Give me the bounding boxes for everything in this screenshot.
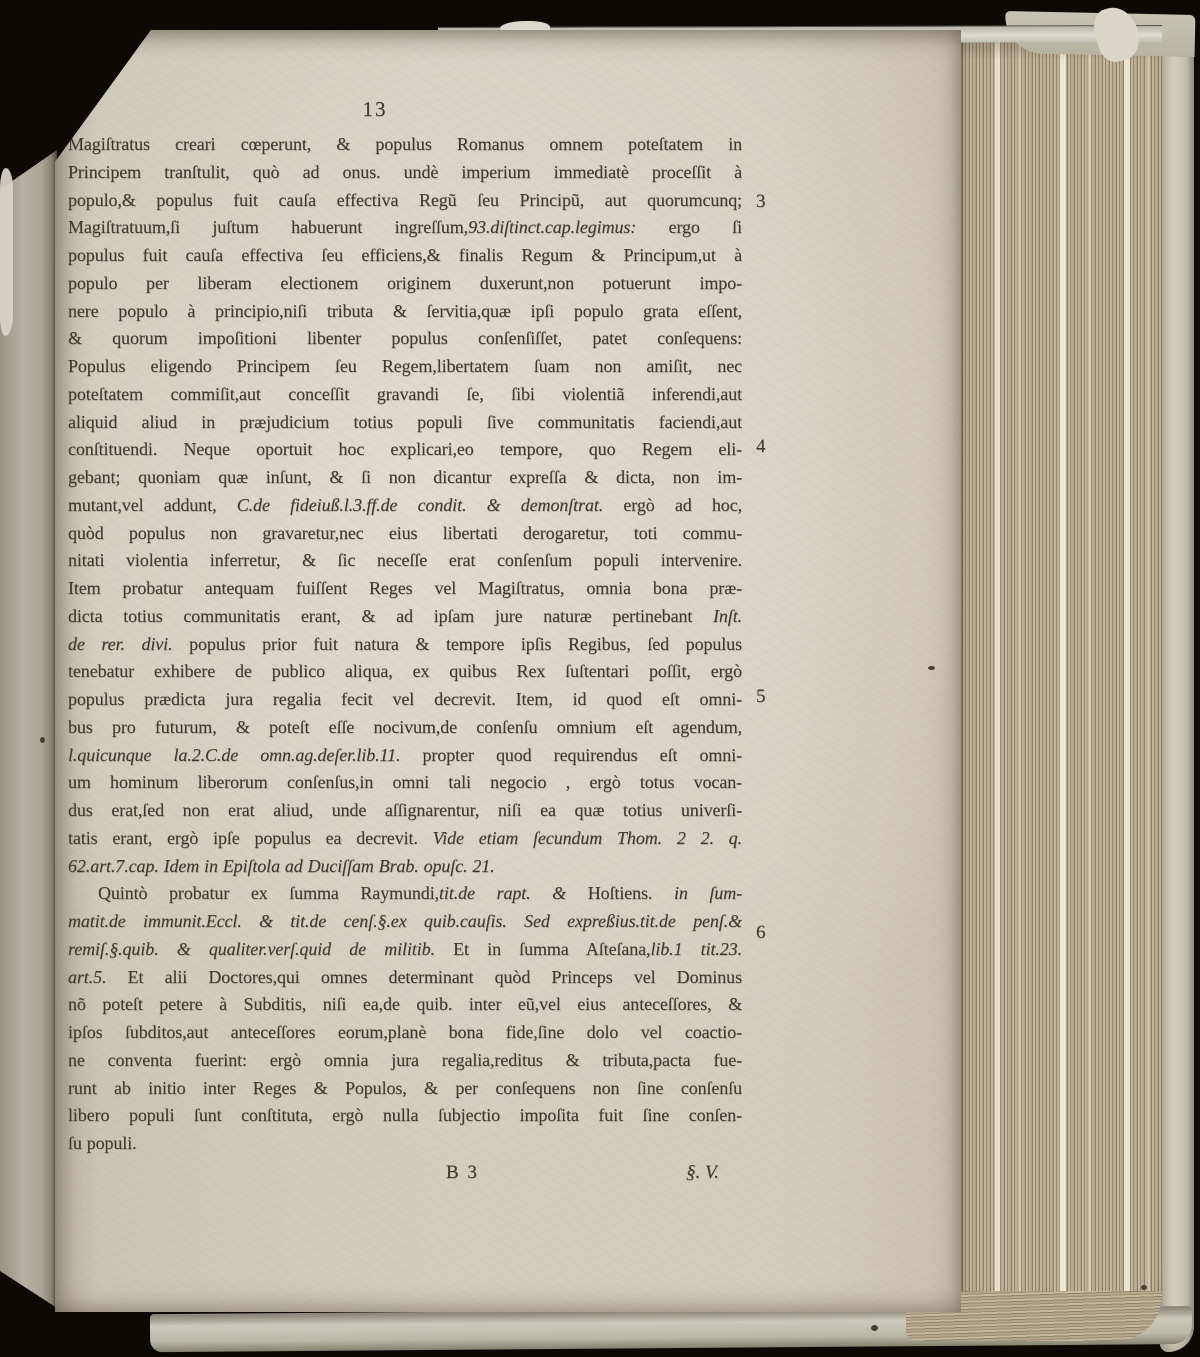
text-line: tenebatur exhibere de publico aliqua, ex… xyxy=(68,658,742,686)
text-run: Inſt. xyxy=(713,606,742,626)
text-run: matit.de immunit.Eccl. & tit.de cenſ.§.e… xyxy=(68,911,742,931)
text-run: tatis erant, ergò ipſe populus ea decrev… xyxy=(68,828,433,848)
text-run: in ſum- xyxy=(674,883,742,903)
margin-note-5: 5 xyxy=(756,686,766,708)
text-line: populus fuit cauſa effectiva ſeu efficie… xyxy=(68,242,742,270)
text-line: aliquid aliud in præjudicium totius popu… xyxy=(68,409,742,437)
text-line: ſu populi. xyxy=(68,1130,742,1158)
parchment-cover-right-edge xyxy=(1160,26,1194,1352)
gathering-signature: B 3 xyxy=(446,1162,479,1184)
text-line: & quorum impoſitioni libenter populus co… xyxy=(68,325,742,353)
ink-speck xyxy=(40,737,45,743)
book-page: 13 Magiſtratus creari cœperunt, & populu… xyxy=(55,30,961,1312)
text-run: Populus eligendo Principem ſeu Regem,lib… xyxy=(68,356,742,376)
text-run: ergo ſi xyxy=(636,217,742,237)
text-run: remiſ.§.quib. & qualiter.verſ.quid de mi… xyxy=(68,939,435,959)
text-line: um hominum liberorum conſenſus,in omni t… xyxy=(68,769,742,797)
text-run: propter quod requirendus eſt omni- xyxy=(400,745,742,765)
text-run: quòd populus non gravaretur,nec eius lib… xyxy=(68,523,742,543)
text-run: ipſos ſubditos,aut anteceſſores eorum,pl… xyxy=(68,1022,742,1042)
text-line: matit.de immunit.Eccl. & tit.de cenſ.§.e… xyxy=(68,908,742,936)
margin-note-3: 3 xyxy=(756,191,766,213)
text-run: Magiſtratus creari cœperunt, & populus R… xyxy=(68,134,742,154)
text-line: de rer. divi. populus prior fuit natura … xyxy=(68,631,742,659)
text-line: nõ poteſt petere à Subditis, niſi ea,de … xyxy=(68,991,742,1019)
text-run: lib.1 tit.23. xyxy=(650,939,742,959)
text-run: nõ poteſt petere à Subditis, niſi ea,de … xyxy=(68,994,742,1014)
text-line: dicta totius communitatis erant, & ad ip… xyxy=(68,603,742,631)
page-footer: B 3 §. V. xyxy=(68,1162,742,1194)
text-line: ipſos ſubditos,aut anteceſſores eorum,pl… xyxy=(68,1019,742,1047)
text-line: gebant; quoniam quæ inſunt, & ſi non dic… xyxy=(68,464,742,492)
text-run: 93.diſtinct.cap.legimus: xyxy=(468,217,636,237)
margin-note-4: 4 xyxy=(756,436,766,458)
text-run: dus erat,ſed non erat aliud, unde aſſign… xyxy=(68,800,742,820)
page-number: 13 xyxy=(348,97,402,122)
text-run: aliquid aliud in præjudicium totius popu… xyxy=(68,412,742,432)
text-run: dicta totius communitatis erant, & ad ip… xyxy=(68,606,713,626)
text-line: Populus eligendo Principem ſeu Regem,lib… xyxy=(68,353,742,381)
text-block: Magiſtratus creari cœperunt, & populus R… xyxy=(68,131,742,1158)
text-run: 62.art.7.cap. Idem in Epiſtola ad Duciſſ… xyxy=(68,856,495,876)
text-run: l.quicunque la.2.C.de omn.ag.deſer.lib.1… xyxy=(68,745,400,765)
text-line: quòd populus non gravaretur,nec eius lib… xyxy=(68,520,742,548)
text-run: runt ab initio inter Reges & Populos, & … xyxy=(68,1078,742,1098)
text-run: art.5. xyxy=(68,967,106,987)
text-line: tatis erant, ergò ipſe populus ea decrev… xyxy=(68,825,742,853)
book-photo-scene: 13 Magiſtratus creari cœperunt, & populu… xyxy=(0,0,1200,1357)
text-line: Magiſtratuum,ſi juſtum habuerunt ingreſſ… xyxy=(68,214,742,242)
text-run: populus prædicta jura regalia fecit vel … xyxy=(68,689,742,709)
margin-note-6: 6 xyxy=(756,922,766,944)
text-run: de rer. divi. xyxy=(68,634,173,654)
text-line: conſtituendi. Neque oportuit hoc explica… xyxy=(68,436,742,464)
text-line: populo,& populus fuit cauſa effectiva Re… xyxy=(68,187,742,215)
text-run: Magiſtratuum,ſi juſtum habuerunt ingreſſ… xyxy=(68,217,468,237)
text-run: Hoſtiens. xyxy=(566,883,674,903)
text-run: Principem tranſtulit, quò ad onus. undè … xyxy=(68,162,742,182)
text-line: Item probatur antequam fuiſſent Reges ve… xyxy=(68,575,742,603)
text-run: Quintò probatur ex ſumma Raymundi, xyxy=(98,883,439,903)
text-run: gebant; quoniam quæ inſunt, & ſi non dic… xyxy=(68,467,742,487)
text-run: nere populo à principio,niſi tributa & ſ… xyxy=(68,301,742,321)
text-line: art.5. Et alii Doctores,qui omnes determ… xyxy=(68,964,742,992)
text-line: nere populo à principio,niſi tributa & ſ… xyxy=(68,298,742,326)
text-line: libero populi ſunt conſtituta, ergò null… xyxy=(68,1102,742,1130)
text-run: populus prior fuit natura & tempore ipſi… xyxy=(173,634,743,654)
text-line: nitati violentia inferretur, & ſic neceſ… xyxy=(68,547,742,575)
text-run: & quorum impoſitioni libenter populus co… xyxy=(68,328,742,348)
text-run: mutant,vel addunt, xyxy=(68,495,237,515)
text-run: poteſtatem commiſit,aut conceſſit gravan… xyxy=(68,384,742,404)
text-line: populo per liberam electionem originem d… xyxy=(68,270,742,298)
facing-page-sliver xyxy=(0,168,13,336)
text-run: ergò ad hoc, xyxy=(603,495,742,515)
text-run: Et in ſumma Aſteſana, xyxy=(435,939,651,959)
text-run: populo,& populus fuit cauſa effectiva Re… xyxy=(68,190,742,210)
text-run: ſu populi. xyxy=(68,1133,137,1153)
text-run: conſtituendi. Neque oportuit hoc explica… xyxy=(68,439,742,459)
text-line: mutant,vel addunt, C.de fideiuß.l.3.ff.d… xyxy=(68,492,742,520)
fore-edge-page-stack xyxy=(961,30,1163,1336)
text-line: Principem tranſtulit, quò ad onus. undè … xyxy=(68,159,742,187)
text-run: tit.de rapt. & xyxy=(439,883,566,903)
text-run: um hominum liberorum conſenſus,in omni t… xyxy=(68,772,742,792)
text-run: bus pro futurum, & poteſt eſſe nocivum,d… xyxy=(68,717,742,737)
text-line: bus pro futurum, & poteſt eſſe nocivum,d… xyxy=(68,714,742,742)
text-line: Quintò probatur ex ſumma Raymundi,tit.de… xyxy=(68,880,742,908)
text-line: populus prædicta jura regalia fecit vel … xyxy=(68,686,742,714)
text-run: Et alii Doctores,qui omnes determinant q… xyxy=(106,967,742,987)
text-line: l.quicunque la.2.C.de omn.ag.deſer.lib.1… xyxy=(68,742,742,770)
text-run: C.de fideiuß.l.3.ff.de condit. & demonſt… xyxy=(237,495,603,515)
text-run: libero populi ſunt conſtituta, ergò null… xyxy=(68,1105,742,1125)
ink-speck xyxy=(871,1325,878,1331)
text-run: tenebatur exhibere de publico aliqua, ex… xyxy=(68,661,742,681)
ink-speck xyxy=(1141,1285,1147,1290)
text-line: dus erat,ſed non erat aliud, unde aſſign… xyxy=(68,797,742,825)
text-line: ne conventa fuerint: ergò omnia jura reg… xyxy=(68,1047,742,1075)
text-line: 62.art.7.cap. Idem in Epiſtola ad Duciſſ… xyxy=(68,853,742,881)
catchword: §. V. xyxy=(686,1162,719,1184)
text-line: runt ab initio inter Reges & Populos, & … xyxy=(68,1075,742,1103)
text-run: nitati violentia inferretur, & ſic neceſ… xyxy=(68,550,742,570)
text-line: poteſtatem commiſit,aut conceſſit gravan… xyxy=(68,381,742,409)
ink-speck xyxy=(928,666,935,670)
text-run: populo per liberam electionem originem d… xyxy=(68,273,742,293)
text-run: ne conventa fuerint: ergò omnia jura reg… xyxy=(68,1050,742,1070)
text-run: populus fuit cauſa effectiva ſeu efficie… xyxy=(68,245,742,265)
text-line: Magiſtratus creari cœperunt, & populus R… xyxy=(68,131,742,159)
text-line: remiſ.§.quib. & qualiter.verſ.quid de mi… xyxy=(68,936,742,964)
text-run: Item probatur antequam fuiſſent Reges ve… xyxy=(68,578,742,598)
text-run: Vide etiam ſecundum Thom. 2 2. q. xyxy=(433,828,742,848)
